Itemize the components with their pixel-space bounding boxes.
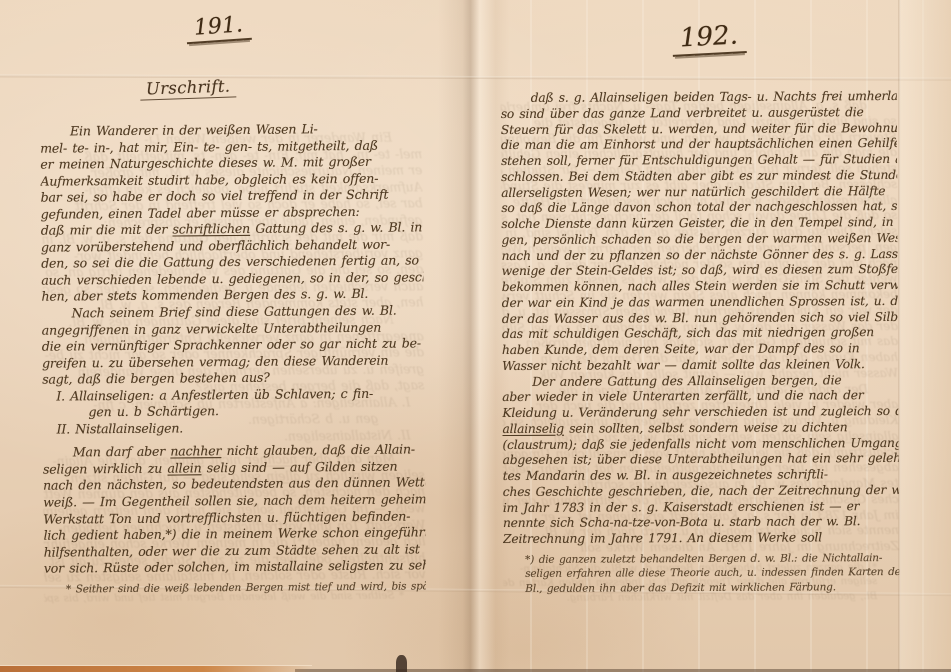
handwritten-line: Zeitrechnung im Jahre 1791. An diesem We… <box>503 530 899 548</box>
book-gutter-fold <box>438 0 510 672</box>
handwritten-line: Wasser nicht bezahlt war — damit sollte … <box>502 357 898 375</box>
left-page-number: 191. <box>185 12 252 44</box>
handwritten-line: * Seither sind die weiß lebenden Bergen … <box>44 579 426 597</box>
right-page-lines: daß s. g. Allainseligen beiden Tags- u. … <box>501 89 900 596</box>
handwritten-line: bar sei, so habe er doch so viel treffen… <box>41 187 423 207</box>
handwritten-line: gen, persönlich schaden so die bergen de… <box>501 231 897 249</box>
handwritten-line: vor sich. Rüste oder solchen, im mistall… <box>44 558 426 578</box>
handwritten-line: allainselig sein sollten, selbst sondern… <box>502 420 898 438</box>
handwritten-line: Kleidung u. Veränderung sehr verschieden… <box>502 404 898 422</box>
book-cover-edge-strip <box>0 666 312 672</box>
right-page-number: 192. <box>671 20 747 57</box>
handwritten-line: daß s. g. Allainseligen beiden Tags- u. … <box>501 89 897 107</box>
handwritten-line: so sind über das ganze Land verbreitet u… <box>501 105 897 123</box>
handwritten-line: schlossen. Bei dem Städten aber gibt es … <box>501 168 897 186</box>
handwritten-line: der war ein Kind je das warmen unendlich… <box>502 294 898 312</box>
handwritten-line: Bl., gedulden ihn aber das Defizit mit w… <box>503 580 899 597</box>
handwritten-line: abgesehen ist; über diese Unterabtheilun… <box>503 451 899 469</box>
left-page-lines: Ein Wanderer in der weißen Wasen Li-mel-… <box>40 120 426 597</box>
left-page-text-block: Ein Wanderer in der weißen Wasen Li-mel-… <box>40 120 426 597</box>
left-page-heading: Urschrift. <box>140 76 237 100</box>
gutter-bottom-shadow-notch <box>396 655 407 672</box>
handwritten-line: nennte sich Scha-na-tze-von-Bota u. star… <box>503 514 899 532</box>
handwritten-line: ches Geschichte geschrieben, die, nach d… <box>503 483 899 501</box>
right-page-outer-margin <box>901 0 951 672</box>
handwritten-line: stehen soll, ferner für Entschuldigungen… <box>501 152 897 170</box>
handwritten-line: II. Nistallainseligen. <box>43 418 425 438</box>
handwritten-line: bekommen können, nach alles Stein werden… <box>502 278 898 296</box>
handwritten-line: solche Dienste dann kürzen Geister, die … <box>501 215 897 233</box>
right-page-text-block: daß s. g. Allainseligen beiden Tags- u. … <box>501 89 900 596</box>
handwritten-line: haben Kunde, dem deren Seite, war der Da… <box>502 341 898 359</box>
manuscript-book-spread: 191. 192. Urschrift. Ein Wanderer in der… <box>0 0 951 672</box>
